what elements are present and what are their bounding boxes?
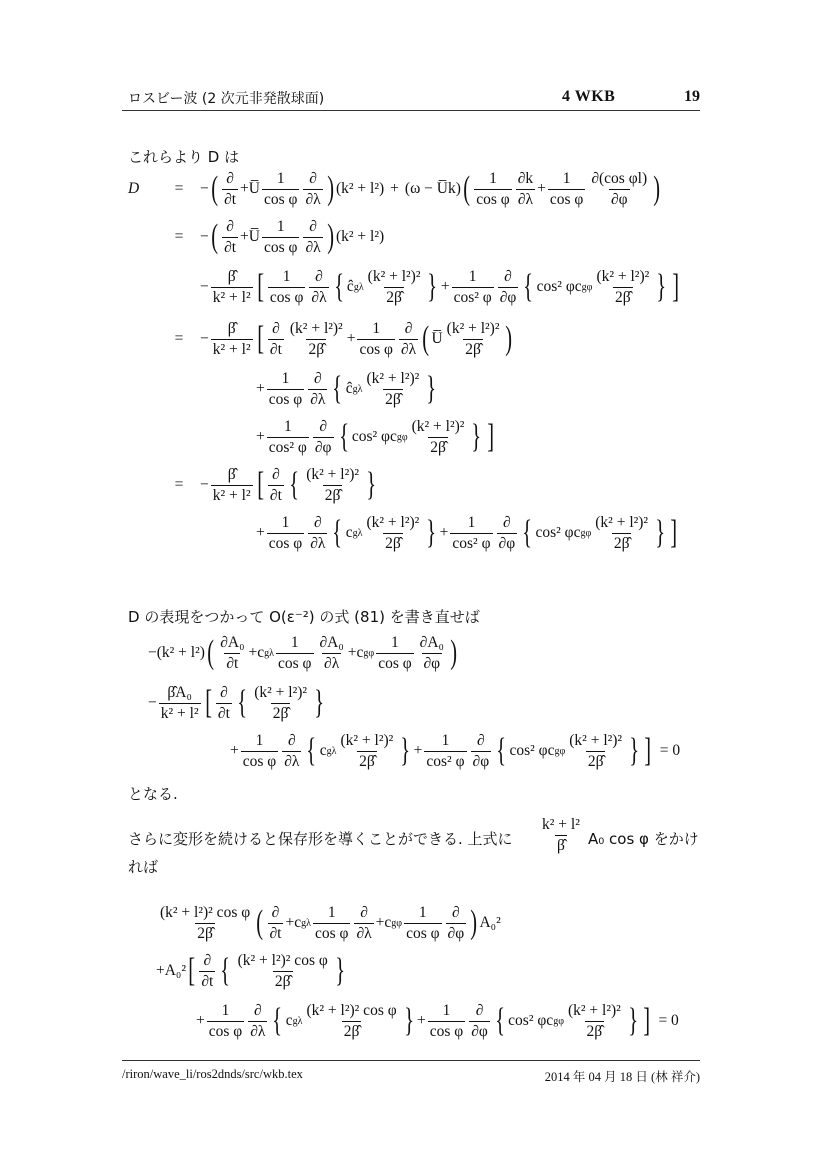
- equals-zero: = 0: [658, 1012, 678, 1030]
- op: −: [200, 278, 209, 296]
- bracket: ]: [643, 1004, 650, 1038]
- bracket: ]: [487, 420, 494, 454]
- frac: 1cos φ: [313, 904, 350, 943]
- paren: ): [506, 322, 513, 356]
- equation-F-line-1: (k² + l²)² cos φ2β̂ ( ∂∂t + cgλ 1cos φ ∂…: [156, 904, 501, 943]
- op: +: [537, 180, 546, 198]
- term: A₀²: [479, 914, 500, 932]
- term: (ω − U̅k): [405, 180, 461, 198]
- brace: }: [629, 734, 639, 768]
- frac: ∂∂t: [216, 684, 232, 723]
- frac: ∂∂λ: [354, 904, 373, 943]
- frac: ∂∂λ: [308, 514, 327, 553]
- frac: ∂∂t: [268, 904, 284, 943]
- frac: β̂k² + l²: [211, 320, 253, 359]
- bracket: [: [257, 270, 264, 304]
- frac: 1cos² φ: [450, 514, 492, 553]
- brace: }: [657, 270, 667, 304]
- frac: ∂k∂λ: [516, 170, 535, 209]
- frac: 1cos² φ: [267, 418, 309, 457]
- op: +: [376, 914, 385, 932]
- term: −(k² + l²): [148, 644, 205, 662]
- op: +: [441, 278, 450, 296]
- eq-lhs: D: [128, 180, 158, 198]
- frac: 1cos² φ: [452, 268, 494, 307]
- brace: }: [427, 516, 437, 550]
- equation-D-line-3: − β̂k² + l² [ 1cos φ ∂∂λ { ĉgλ (k² + l²)…: [128, 268, 681, 307]
- frac: (k² + l²)²2β̂: [410, 418, 467, 457]
- op: +: [196, 1012, 205, 1030]
- frac: 1cos² φ: [424, 732, 466, 771]
- term: cos² φc: [509, 742, 554, 760]
- frac: ∂∂φ: [497, 514, 518, 553]
- brace: {: [334, 270, 344, 304]
- brace: {: [339, 420, 349, 454]
- frac: 1cos φ: [267, 514, 304, 553]
- frac: 1cos φ: [404, 904, 441, 943]
- running-header: ロスビー波 (2 次元非発散球面) 4 WKB 19: [128, 88, 700, 110]
- term: (k² + l²): [336, 180, 384, 198]
- frac: ∂(cos φl)∂φ: [589, 170, 649, 209]
- frac: ∂∂t: [268, 466, 284, 505]
- var: c: [357, 644, 364, 662]
- brace: {: [333, 372, 343, 406]
- term: +A₀²: [156, 962, 186, 980]
- frac: ∂∂φ: [313, 418, 334, 457]
- frac: ∂∂φ: [446, 904, 467, 943]
- frac: (k² + l²)²2β̂: [566, 1002, 623, 1041]
- frac: (k² + l²)²2β̂: [365, 514, 422, 553]
- brace: {: [333, 516, 343, 550]
- frac: ∂∂t: [222, 170, 238, 209]
- frac: ∂∂φ: [471, 732, 492, 771]
- brace: }: [472, 420, 482, 454]
- op: +: [256, 380, 265, 398]
- brace: {: [221, 954, 231, 988]
- term: cos² φc: [537, 278, 582, 296]
- eq-sign: =: [158, 228, 200, 246]
- frac: ∂∂λ: [303, 170, 322, 209]
- frac: 1cos φ: [267, 370, 304, 409]
- footer-path: /riron/wave_li/ros2dnds/src/wkb.tex: [122, 1067, 303, 1082]
- text-part: さらに変形を続けると保存形を導くことができる. 上式に: [128, 830, 513, 848]
- var: U̅: [431, 330, 442, 348]
- var: ĉ: [347, 278, 354, 296]
- page-number: 19: [684, 88, 700, 106]
- frac: ∂A₀∂λ: [318, 634, 346, 673]
- frac: ∂A₀∂φ: [418, 634, 446, 673]
- equation-D-line-6: + 1cos² φ ∂∂φ { cos² φcgφ (k² + l²)²2β̂ …: [256, 418, 496, 457]
- brace: {: [495, 1004, 505, 1038]
- frac: ∂∂t: [222, 218, 238, 257]
- term: (k² + l²): [336, 228, 384, 246]
- paragraph-intro-D: これらより D は: [128, 146, 239, 167]
- document-page: ロスビー波 (2 次元非発散球面) 4 WKB 19 これらより D は D =…: [0, 0, 826, 1169]
- var: U̅: [249, 180, 260, 198]
- op: +: [240, 228, 249, 246]
- var: U̅: [249, 228, 260, 246]
- frac: k² + l²β̂: [540, 816, 582, 855]
- frac: 1cos φ: [241, 732, 278, 771]
- bracket: [: [205, 686, 212, 720]
- bracket: [: [257, 322, 264, 356]
- frac: 1cos φ: [207, 1002, 244, 1041]
- paren: ): [653, 172, 660, 206]
- equation-D-line-2: = − ( ∂∂t + U̅ 1cos φ ∂∂λ ) (k² + l²): [128, 218, 384, 257]
- frac: (k² + l²)²2β̂: [593, 514, 650, 553]
- term: cos² φc: [352, 428, 397, 446]
- var: ĉ: [346, 380, 353, 398]
- op: −: [200, 330, 209, 348]
- paren: (: [463, 172, 470, 206]
- header-rule: [122, 110, 700, 111]
- frac: (k² + l²)²2β̂: [445, 320, 502, 359]
- equation-D-line-7: = − β̂k² + l² [ ∂∂t { (k² + l²)²2β̂ }: [128, 466, 379, 505]
- frac: 1cos φ: [268, 268, 305, 307]
- paragraph-conservation-cont: A₀ cos φ をかけ: [588, 828, 699, 849]
- frac: (k² + l²)²2β̂: [252, 684, 309, 723]
- paragraph-conservation-end: れば: [128, 856, 158, 877]
- op: +: [347, 330, 356, 348]
- op: −: [200, 476, 209, 494]
- eq-sign: =: [158, 180, 200, 198]
- frac: (k² + l²)² cos φ2β̂: [236, 952, 330, 991]
- frac: ∂∂t: [199, 952, 215, 991]
- bracket: ]: [645, 734, 652, 768]
- brace: }: [366, 468, 376, 502]
- brace: }: [335, 954, 345, 988]
- op: +: [414, 742, 423, 760]
- op: +: [285, 914, 294, 932]
- equals-zero: = 0: [660, 742, 680, 760]
- bracket: [: [188, 954, 195, 988]
- op: −: [200, 180, 209, 198]
- frac: 1cos φ: [474, 170, 511, 209]
- frac: 1cos φ: [548, 170, 585, 209]
- eq-sign: =: [158, 330, 200, 348]
- frac: 1cos φ: [428, 1002, 465, 1041]
- frac: ∂∂λ: [248, 1002, 267, 1041]
- footer-rule: [122, 1060, 700, 1061]
- var: c: [257, 644, 264, 662]
- equation-D-line-1: D = − ( ∂∂t + U̅ 1cos φ ∂∂λ ) (k² + l²) …: [128, 170, 662, 209]
- paren: (: [211, 220, 218, 254]
- frac: (k² + l²)²2β̂: [365, 370, 422, 409]
- op: +: [417, 1012, 426, 1030]
- term: cos² φc: [508, 1012, 553, 1030]
- op: +: [240, 180, 249, 198]
- var: c: [320, 742, 327, 760]
- op: +: [249, 644, 258, 662]
- var: c: [384, 914, 391, 932]
- equation-E-line-1: −(k² + l²) ( ∂A₀∂t + cgλ 1cos φ ∂A₀∂λ + …: [148, 634, 459, 673]
- paragraph-conservation: さらに変形を続けると保存形を導くことができる. 上式に: [128, 828, 513, 849]
- frac: (k² + l²)²2β̂: [339, 732, 396, 771]
- frac: ∂∂λ: [308, 370, 327, 409]
- op: +: [348, 644, 357, 662]
- footer-date: 2014 年 04 月 18 日 (林 祥介): [545, 1067, 700, 1085]
- frac: (k² + l²)² cos φ2β̂: [305, 1002, 399, 1041]
- brace: }: [428, 270, 438, 304]
- inline-factor: k² + l²β̂: [538, 816, 584, 855]
- frac: β̂k² + l²: [211, 268, 253, 307]
- brace: {: [522, 516, 532, 550]
- op: +: [230, 742, 239, 760]
- header-title: ロスビー波 (2 次元非発散球面): [128, 88, 324, 108]
- equation-F-line-3: + 1cos φ ∂∂λ { cgλ (k² + l²)² cos φ2β̂ }…: [196, 1002, 679, 1041]
- frac: (k² + l²)² cos φ2β̂: [158, 904, 252, 943]
- brace: }: [314, 686, 324, 720]
- brace: {: [496, 734, 506, 768]
- frac: (k² + l²)²2β̂: [366, 268, 423, 307]
- var: c: [294, 914, 301, 932]
- paren: ): [327, 172, 334, 206]
- paragraph-rewrite: D の表現をつかって O(ε⁻²) の式 (81) を書き直せば: [128, 606, 480, 627]
- frac: β̂A₀k² + l²: [159, 684, 201, 723]
- frac: ∂∂λ: [303, 218, 322, 257]
- frac: ∂∂t: [268, 320, 284, 359]
- brace: {: [237, 686, 247, 720]
- var: c: [286, 1012, 293, 1030]
- equation-D-line-4: = − β̂k² + l² [ ∂∂t (k² + l²)²2β̂ + 1cos…: [128, 320, 515, 359]
- frac: (k² + l²)²2β̂: [288, 320, 345, 359]
- frac: β̂k² + l²: [211, 466, 253, 505]
- brace: {: [307, 734, 317, 768]
- equation-D-line-5: + 1cos φ ∂∂λ { ĉgλ (k² + l²)²2β̂ }: [256, 370, 440, 409]
- paren: ): [470, 906, 477, 940]
- bracket: [: [257, 468, 264, 502]
- op: +: [256, 428, 265, 446]
- brace: }: [401, 734, 411, 768]
- frac: 1cos φ: [376, 634, 413, 673]
- paragraph-result: となる.: [128, 783, 178, 804]
- frac: ∂∂λ: [282, 732, 301, 771]
- bracket: ]: [672, 270, 679, 304]
- paren: (: [207, 636, 214, 670]
- eq-sign: =: [158, 476, 200, 494]
- paren: (: [422, 322, 429, 356]
- paren: (: [211, 172, 218, 206]
- frac: ∂∂λ: [309, 268, 328, 307]
- frac: ∂∂φ: [498, 268, 519, 307]
- brace: {: [273, 1004, 283, 1038]
- paren: ): [327, 220, 334, 254]
- paren: (: [256, 906, 263, 940]
- op: +: [256, 524, 265, 542]
- frac: ∂A₀∂t: [218, 634, 246, 673]
- frac: (k² + l²)²2β̂: [567, 732, 624, 771]
- frac: 1cos φ: [276, 634, 313, 673]
- frac: ∂∂λ: [399, 320, 418, 359]
- brace: }: [628, 1004, 638, 1038]
- brace: {: [289, 468, 299, 502]
- brace: }: [404, 1004, 414, 1038]
- brace: }: [655, 516, 665, 550]
- frac: 1cos φ: [262, 170, 299, 209]
- bracket: ]: [671, 516, 678, 550]
- equation-E-line-3: + 1cos φ ∂∂λ { cgλ (k² + l²)²2β̂ } + 1co…: [230, 732, 680, 771]
- header-section: 4 WKB: [562, 88, 615, 106]
- op: −: [200, 228, 209, 246]
- frac: (k² + l²)²2β̂: [594, 268, 651, 307]
- brace: }: [427, 372, 437, 406]
- op: +: [390, 180, 399, 198]
- equation-E-line-2: − β̂A₀k² + l² [ ∂∂t { (k² + l²)²2β̂ }: [148, 684, 327, 723]
- paren: ): [450, 636, 457, 670]
- frac: (k² + l²)²2β̂: [304, 466, 361, 505]
- frac: 1cos φ: [262, 218, 299, 257]
- op: +: [440, 524, 449, 542]
- var: c: [346, 524, 353, 542]
- term: cos² φc: [535, 524, 580, 542]
- equation-F-line-2: +A₀² [ ∂∂t { (k² + l²)² cos φ2β̂ }: [156, 952, 348, 991]
- frac: ∂∂φ: [469, 1002, 490, 1041]
- brace: {: [524, 270, 534, 304]
- op: −: [148, 694, 157, 712]
- equation-D-line-8: + 1cos φ ∂∂λ { cgλ (k² + l²)²2β̂ } + 1co…: [256, 514, 680, 553]
- frac: 1cos φ: [357, 320, 394, 359]
